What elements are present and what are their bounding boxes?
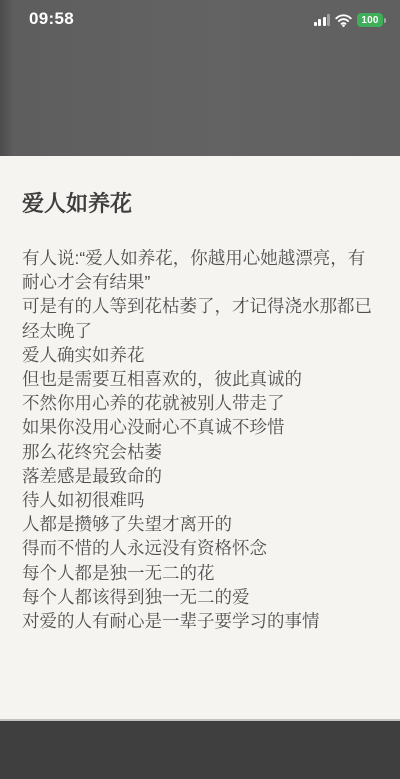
bottom-bar bbox=[0, 721, 400, 779]
note-line: 落差感是最致命的 bbox=[22, 464, 378, 488]
note-line: 待人如初很难吗 bbox=[22, 488, 378, 512]
phone-screen: 09:58 100 爱人如养花 有人说:“爱人如养花，你越用心她越漂亮，有耐心才… bbox=[0, 0, 400, 779]
status-icons: 100 bbox=[314, 12, 387, 28]
note-card[interactable]: 爱人如养花 有人说:“爱人如养花，你越用心她越漂亮，有耐心才会有结果”可是有的人… bbox=[0, 156, 400, 719]
battery-nub bbox=[384, 18, 386, 23]
battery-percent-badge: 100 bbox=[357, 13, 383, 27]
note-line: 如果你没用心没耐心不真诚不珍惜 bbox=[22, 415, 378, 439]
note-line: 对爱的人有耐心是一辈子要学习的事情 bbox=[22, 609, 378, 633]
note-line: 但也是需要互相喜欢的，彼此真诚的 bbox=[22, 367, 378, 391]
cellular-signal-icon bbox=[314, 14, 331, 26]
status-time: 09:58 bbox=[29, 9, 74, 29]
status-bar: 09:58 100 bbox=[0, 0, 400, 44]
note-line: 爱人确实如养花 bbox=[22, 343, 378, 367]
note-line: 有人说:“爱人如养花，你越用心她越漂亮，有 bbox=[22, 246, 378, 270]
note-line: 耐心才会有结果” bbox=[22, 270, 378, 294]
wifi-icon bbox=[335, 14, 352, 27]
note-title: 爱人如养花 bbox=[22, 190, 378, 218]
note-line: 得而不惜的人永远没有资格怀念 bbox=[22, 536, 378, 560]
note-line: 可是有的人等到花枯萎了，才记得浇水那都已 bbox=[22, 294, 378, 318]
note-line: 人都是攒够了失望才离开的 bbox=[22, 512, 378, 536]
note-line: 每个人都该得到独一无二的爱 bbox=[22, 585, 378, 609]
note-body: 有人说:“爱人如养花，你越用心她越漂亮，有耐心才会有结果”可是有的人等到花枯萎了… bbox=[22, 246, 378, 633]
note-line: 那么花终究会枯萎 bbox=[22, 440, 378, 464]
battery-icon: 100 bbox=[357, 13, 386, 27]
note-line: 每个人都是独一无二的花 bbox=[22, 561, 378, 585]
note-line: 经太晚了 bbox=[22, 319, 378, 343]
note-line: 不然你用心养的花就被别人带走了 bbox=[22, 391, 378, 415]
